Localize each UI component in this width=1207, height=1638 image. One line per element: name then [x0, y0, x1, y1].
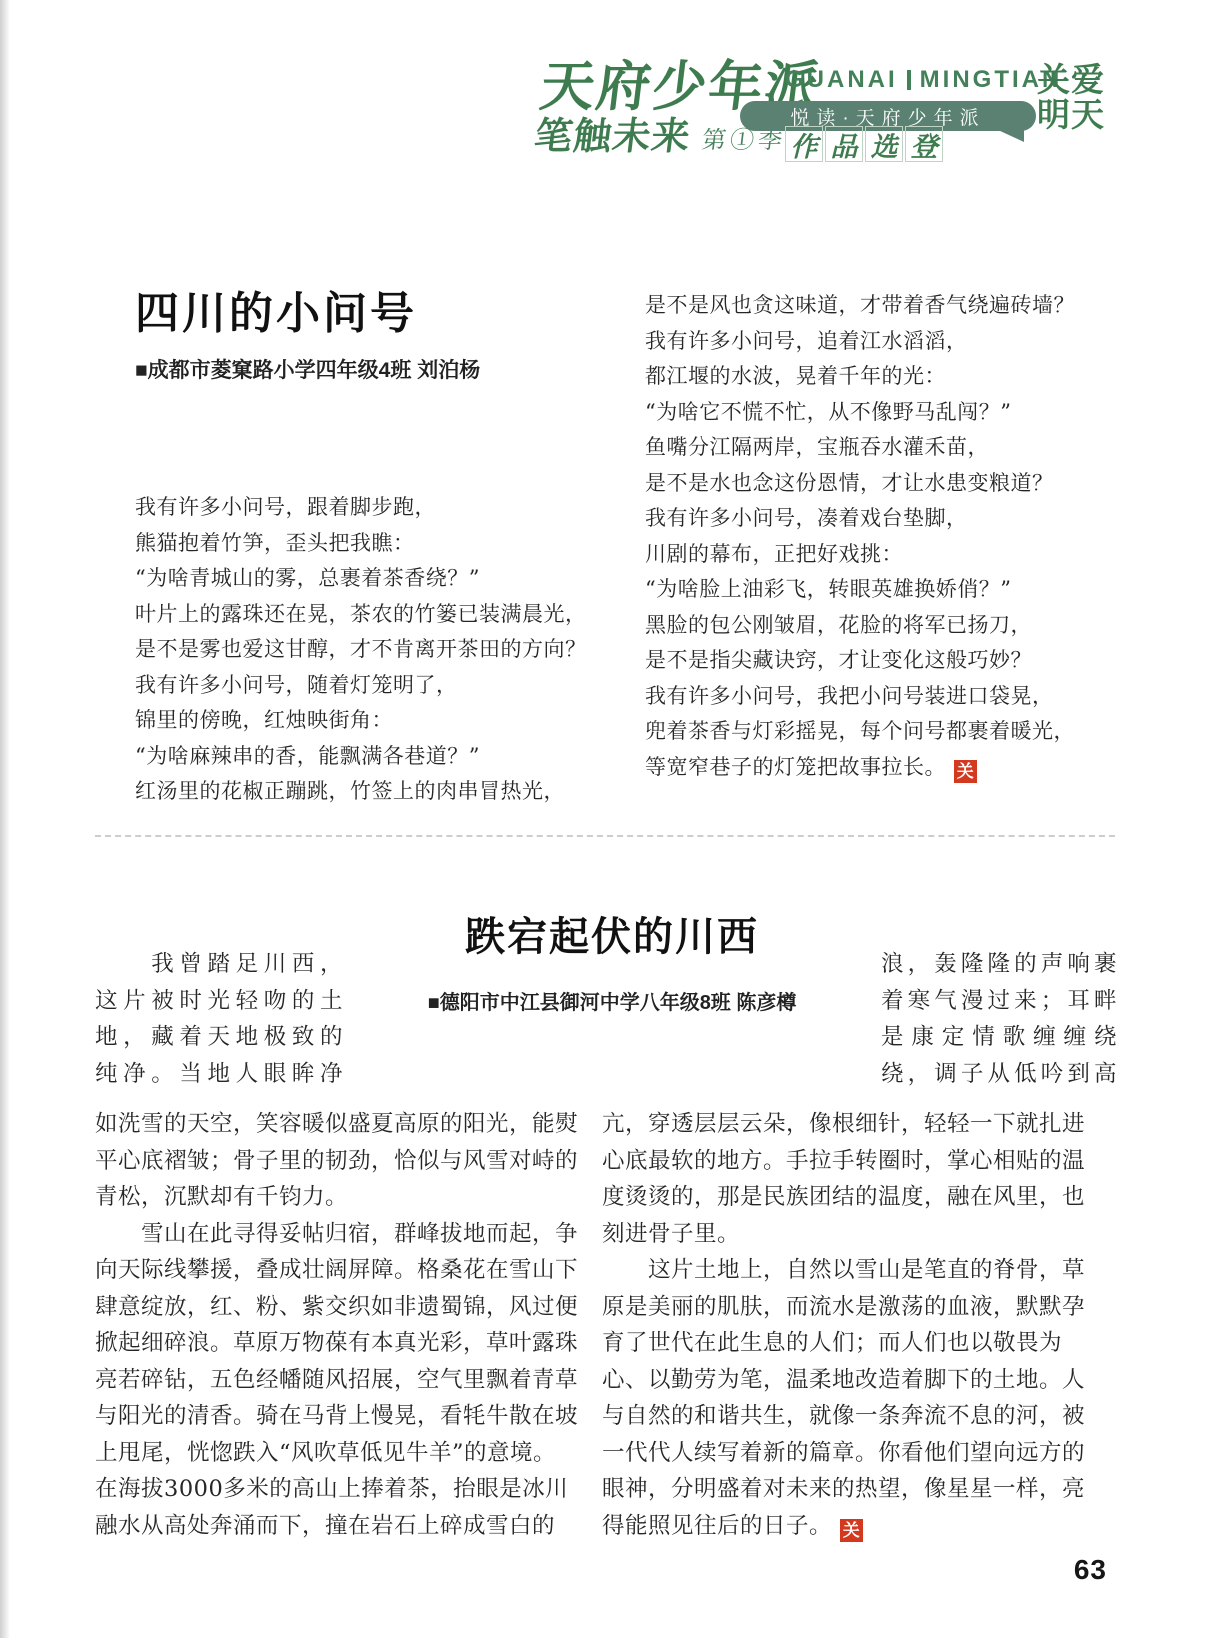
poem-line: “为啥青城山的雾，总裹着茶香绕？”	[135, 561, 590, 597]
poem-line: 是不是指尖藏诀窍，才让变化这般巧妙？	[645, 643, 1115, 679]
text-line: 着寒气漫过来；耳畔	[881, 983, 1117, 1020]
article-sichuan-question-marks: 四川的小问号 ■成都市菱窠路小学四年级4班 刘泊杨 我有许多小问号，跟着脚步跑，…	[135, 288, 1115, 810]
poem-line: 我有许多小问号，追着江水滔滔，	[645, 324, 1115, 360]
works-char: 登	[905, 126, 943, 162]
poem-line: 兜着茶香与灯彩摇晃，每个问号都裹着暖光，	[645, 714, 1115, 750]
poem-line: 我有许多小问号，随着灯笼明了，	[135, 668, 590, 704]
text-line: 肆意绽放，红、粉、紫交织如非遗蜀锦，风过便	[95, 1289, 587, 1326]
page-number: 63	[1074, 1554, 1107, 1586]
poem-line: 叶片上的露珠还在晃，茶农的竹篓已装满晨光，	[135, 597, 590, 633]
article2-title-block: 跌宕起伏的川西 ■德阳市中江县御河中学八年级8班 陈彦樽	[343, 914, 881, 1015]
text-line: 亮若碎钻，五色经幡随风招展，空气里飘着青草	[95, 1362, 587, 1399]
poem-line: 红汤里的花椒正蹦跳，竹签上的肉串冒热光，	[135, 774, 590, 810]
text-line: 融水从高处奔涌而下，撞在岩石上碎成雪白的	[95, 1508, 587, 1545]
text-line: 是康定情歌缠缠绕	[881, 1019, 1117, 1056]
poem-line: 鱼嘴分江隔两岸，宝瓶吞水灌禾苗，	[645, 430, 1115, 466]
text-line: 刻进骨子里。	[602, 1216, 1117, 1253]
text-line: 与阳光的清香。骑在马背上慢晃，看牦牛散在坡	[95, 1398, 587, 1435]
article1-poem-left: 我有许多小问号，跟着脚步跑，熊猫抱着竹笋，歪头把我瞧：“为啥青城山的雾，总裹着茶…	[135, 490, 590, 810]
brand-en-wordmark: GUANAI MINGTIAN	[785, 66, 1062, 94]
text-line: 我曾踏足川西，	[95, 946, 343, 983]
article1-title: 四川的小问号	[135, 288, 590, 340]
text-line: 浪，轰隆隆的声响裹	[881, 946, 1117, 983]
divider-bar-icon	[907, 70, 911, 90]
works-char: 品	[825, 126, 863, 162]
text-line: 向天际线攀援，叠成壮阔屏障。格桑花在雪山下	[95, 1252, 587, 1289]
article1-right-column: 是不是风也贪这味道，才带着香气绕遍砖墙？我有许多小问号，追着江水滔滔，都江堰的水…	[645, 288, 1115, 810]
poem-line: 黑脸的包公刚皱眉，花脸的将军已扬刀，	[645, 608, 1115, 644]
article2-left-column: 如洗雪的天空，笑容暖似盛夏高原的阳光，能熨平心底褶皱；骨子里的韧劲，恰似与风雪对…	[95, 1106, 587, 1544]
poem-line: 川剧的幕布，正把好戏挑：	[645, 537, 1115, 573]
text-line: 亢，穿透层层云朵，像根细针，轻轻一下就扎进	[602, 1106, 1117, 1143]
text-line: 与自然的和谐共生，就像一条奔流不息的河，被	[602, 1398, 1117, 1435]
poem-line: 是不是雾也爱这甘醇，才不肯离开茶田的方向？	[135, 632, 590, 668]
text-line: 这片土地上，自然以雪山是笔直的脊骨，草	[602, 1252, 1117, 1289]
text-line: 绕，调子从低吟到高	[881, 1056, 1117, 1093]
text-line: 原是美丽的肌肤，而流水是激荡的血液，默默孕	[602, 1289, 1117, 1326]
text-line: 这片被时光轻吻的土	[95, 983, 343, 1020]
article2-right-intro: 浪，轰隆隆的声响裹着寒气漫过来；耳畔是康定情歌缠缠绕绕，调子从低吟到高	[881, 914, 1117, 1092]
poem-line: 都江堰的水波，晃着千年的光：	[645, 359, 1115, 395]
text-line: 纯净。当地人眼眸净	[95, 1056, 343, 1093]
works-char: 作	[785, 126, 823, 162]
closing-line: 得能照见往后的日子。关	[602, 1508, 1117, 1545]
logo-sub-text: 笔触未来	[532, 116, 693, 158]
text-line: 上甩尾，恍惚跌入“风吹草低见牛羊”的意境。	[95, 1435, 587, 1472]
text-line: 心、以勤劳为笔，温柔地改造着脚下的土地。人	[602, 1362, 1117, 1399]
guanai-text: GUANAI	[785, 66, 898, 94]
closing-line: 等宽窄巷子的灯笼把故事拉长。关	[645, 750, 1115, 786]
text-line: 雪山在此寻得妥帖归宿，群峰拔地而起，争	[95, 1216, 587, 1253]
text-line: 青松，沉默却有千钧力。	[95, 1179, 587, 1216]
text-line: 在海拔3000多米的高山上捧着茶，抬眼是冰川	[95, 1471, 587, 1508]
text-line: 育了世代在此生息的人们；而人们也以敬畏为	[602, 1325, 1117, 1362]
article2-right-column: 亢，穿透层层云朵，像根细针，轻轻一下就扎进心底最软的地方。手拉手转圈时，掌心相贴…	[602, 1106, 1117, 1544]
article1-author: ■成都市菱窠路小学四年级4班 刘泊杨	[135, 354, 590, 384]
article-end-icon: 关	[954, 760, 977, 783]
poem-line: “为啥麻辣串的香，能飘满各巷道？”	[135, 739, 590, 775]
poem-line: 我有许多小问号，凑着戏台垫脚，	[645, 501, 1115, 537]
article2-title: 跌宕起伏的川西	[343, 914, 881, 960]
article-end-icon: 关	[840, 1519, 863, 1542]
article2-top-row: 我曾踏足川西，这片被时光轻吻的土地，藏着天地极致的纯净。当地人眼眸净 跌宕起伏的…	[95, 914, 1117, 1092]
article2-author: ■德阳市中江县御河中学八年级8班 陈彦樽	[343, 986, 881, 1015]
article1-left-column: 四川的小问号 ■成都市菱窠路小学四年级4班 刘泊杨 我有许多小问号，跟着脚步跑，…	[135, 288, 590, 810]
poem-line: 是不是风也贪这味道，才带着香气绕遍砖墙？	[645, 288, 1115, 324]
poem-line: 我有许多小问号，跟着脚步跑，	[135, 490, 590, 526]
article-chuanxi: 我曾踏足川西，这片被时光轻吻的土地，藏着天地极致的纯净。当地人眼眸净 跌宕起伏的…	[95, 914, 1117, 1544]
poem-line: 锦里的傍晚，红烛映街角：	[135, 703, 590, 739]
poem-line: 是不是水也念这份恩情，才让水患变粮道？	[645, 466, 1115, 502]
text-line: 心底最软的地方。手拉手转圈时，掌心相贴的温	[602, 1143, 1117, 1180]
text-line: 如洗雪的天空，笑容暖似盛夏高原的阳光，能熨	[95, 1106, 587, 1143]
text-line: 掀起细碎浪。草原万物葆有本真光彩，草叶露珠	[95, 1325, 587, 1362]
text-line: 度烫烫的，那是民族团结的温度，融在风里，也	[602, 1179, 1117, 1216]
poem-line: “为啥它不慌不忙，从不像野马乱闯？”	[645, 395, 1115, 431]
poem-line: “为啥脸上油彩飞，转眼英雄换娇俏？”	[645, 572, 1115, 608]
article2-left-intro: 我曾踏足川西，这片被时光轻吻的土地，藏着天地极致的纯净。当地人眼眸净	[95, 914, 343, 1092]
closing-text: 得能照见往后的日子。	[602, 1513, 832, 1539]
banner-tail-icon	[998, 130, 1024, 142]
brand-right-top: 关爱	[1037, 62, 1105, 97]
magazine-page: 天府少年派 笔触未来 第①季 GUANAI MINGTIAN 悦读·天府少年派 …	[0, 0, 1207, 1638]
poem-line: 熊猫抱着竹笋，歪头把我瞧：	[135, 526, 590, 562]
guanai-mingtian-cn-logo: 关爱 明天	[1037, 62, 1105, 132]
poem-line: 我有许多小问号，我把小问号装进口袋晃，	[645, 679, 1115, 715]
text-line: 平心底褶皱；骨子里的韧劲，恰似与风雪对峙的	[95, 1143, 587, 1180]
text-line: 眼神，分明盛着对未来的热望，像星星一样，亮	[602, 1471, 1117, 1508]
brand-right-bottom: 明天	[1037, 97, 1105, 132]
closing-text: 等宽窄巷子的灯笼把故事拉长。	[645, 755, 946, 779]
page-header: 天府少年派 笔触未来 第①季 GUANAI MINGTIAN 悦读·天府少年派 …	[0, 0, 1207, 220]
dashed-divider	[95, 835, 1115, 837]
text-line: 地，藏着天地极致的	[95, 1019, 343, 1056]
works-selection-label: 作 品 选 登	[785, 126, 943, 162]
article2-columns: 如洗雪的天空，笑容暖似盛夏高原的阳光，能熨平心底褶皱；骨子里的韧劲，恰似与风雪对…	[95, 1106, 1117, 1544]
text-line: 一代代人续写着新的篇章。你看他们望向远方的	[602, 1435, 1117, 1472]
works-char: 选	[865, 126, 903, 162]
